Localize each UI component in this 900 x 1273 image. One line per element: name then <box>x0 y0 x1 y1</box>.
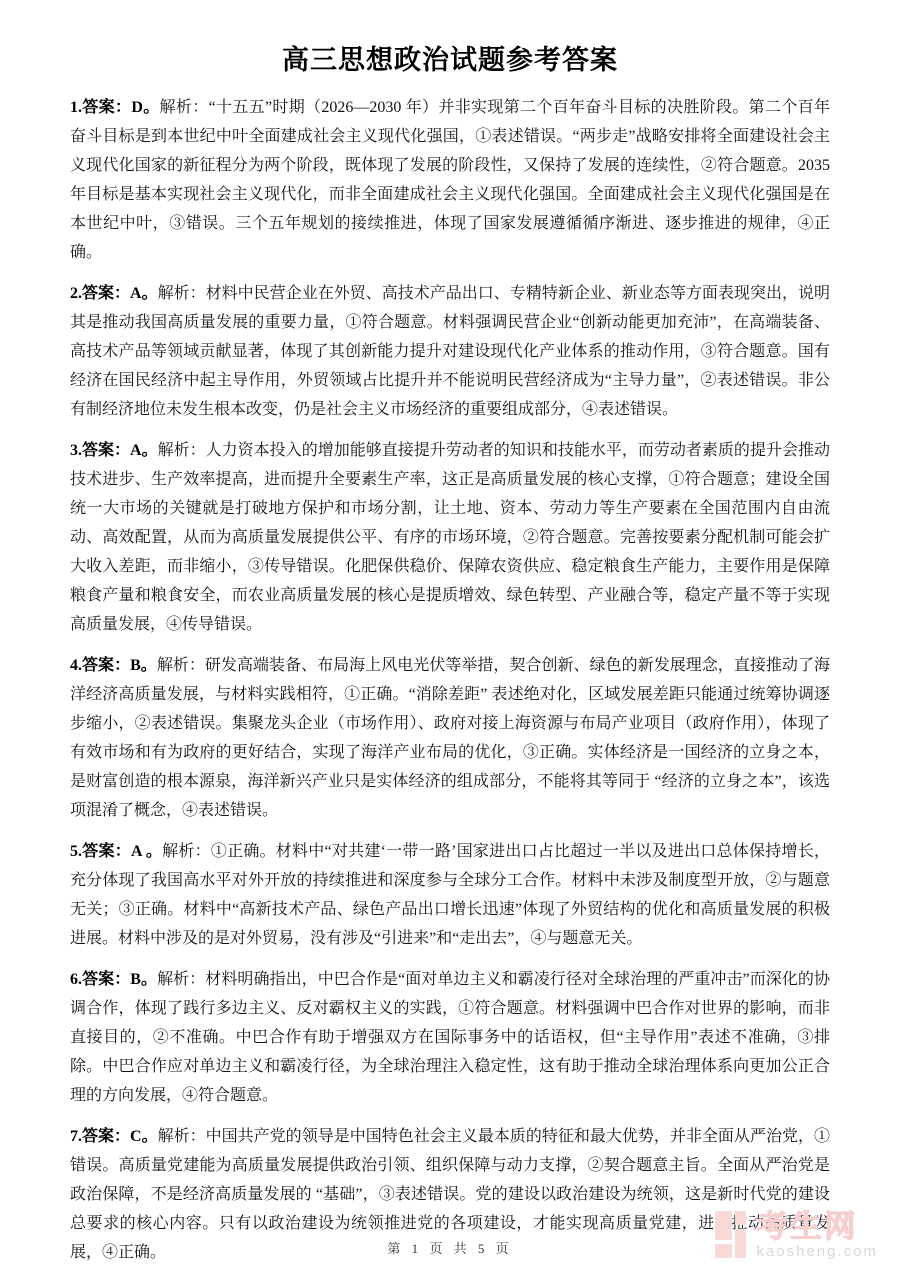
answer-analysis: 解析：材料明确指出，中巴合作是“面对单边主义和霸凌行径对全球治理的严重冲击”而深… <box>70 971 830 1104</box>
answer-label: 3.答案：A。 <box>70 442 158 459</box>
answer-item-3: 3.答案：A。解析：人力资本投入的增加能够直接提升劳动者的知识和技能水平，而劳动… <box>70 436 830 639</box>
answer-item-4: 4.答案：B。解析：研发高端装备、布局海上风电光伏等举措，契合创新、绿色的新发展… <box>70 651 830 825</box>
document-page: 高三思想政治试题参考答案 1.答案：D。解析：“十五五”时期（2026—2030… <box>0 0 900 1273</box>
answer-label: 6.答案：B。 <box>70 971 157 988</box>
answer-item-1: 1.答案：D。解析：“十五五”时期（2026—2030 年）并非实现第二个百年奋… <box>70 93 830 267</box>
answer-item-6: 6.答案：B。解析：材料明确指出，中巴合作是“面对单边主义和霸凌行径对全球治理的… <box>70 965 830 1110</box>
answer-analysis: 解析：“十五五”时期（2026—2030 年）并非实现第二个百年奋斗目标的决胜阶… <box>70 99 830 261</box>
page-number: 第 1 页 共 5 页 <box>0 1238 900 1257</box>
answer-label: 2.答案：A。 <box>70 285 158 302</box>
answer-item-5: 5.答案：A 。解析：①正确。材料中“对共建‘一带一路’国家进出口占比超过一半以… <box>70 837 830 953</box>
page-title: 高三思想政治试题参考答案 <box>70 38 830 77</box>
answer-label: 1.答案：D。 <box>70 99 160 116</box>
answer-analysis: 解析：人力资本投入的增加能够直接提升劳动者的知识和技能水平，而劳动者素质的提升会… <box>70 442 830 633</box>
answer-analysis: 解析：材料中民营企业在外贸、高技术产品出口、专精特新企业、新业态等方面表现突出，… <box>70 285 830 418</box>
answer-analysis: 解析：①正确。材料中“对共建‘一带一路’国家进出口占比超过一半以及进出口总体保持… <box>70 843 830 947</box>
answer-item-2: 2.答案：A。解析：材料中民营企业在外贸、高技术产品出口、专精特新企业、新业态等… <box>70 279 830 424</box>
answer-label: 7.答案：C。 <box>70 1128 158 1145</box>
answer-analysis: 解析：研发高端装备、布局海上风电光伏等举措，契合创新、绿色的新发展理念，直接推动… <box>70 657 830 819</box>
answer-label: 5.答案：A 。 <box>70 843 162 860</box>
answer-label: 4.答案：B。 <box>70 657 157 674</box>
document-content: 高三思想政治试题参考答案 1.答案：D。解析：“十五五”时期（2026—2030… <box>0 0 900 1267</box>
